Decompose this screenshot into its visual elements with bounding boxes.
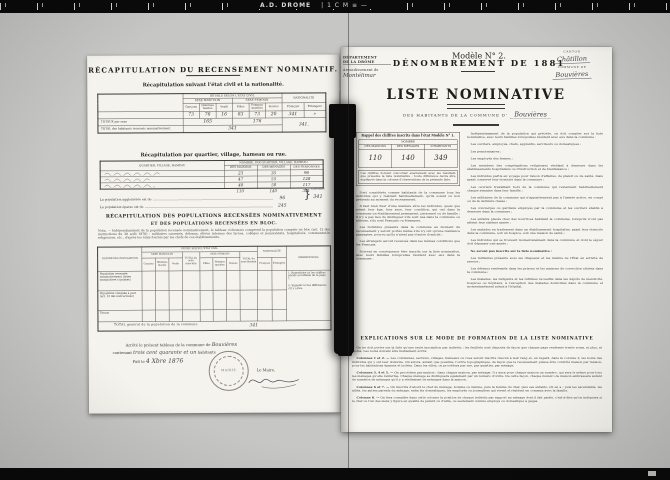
recall-box-title: Rappel des chiffres inscrits dans l'état… [359,134,458,138]
brace-decoration: } [303,188,311,200]
cell-value: 40 [224,182,257,189]
general-total-value: 341 [249,323,258,328]
arrondissement-handwritten: Montélimar [343,72,391,79]
ensemble-label: Ensemble [311,187,325,190]
section3-title-2: ET DES POPULATIONS RECENSÉES EN BLOC. [88,220,340,226]
commune-label: COMMUNE DE [537,66,607,70]
agglomeree-label: La population agglomérée est de [100,198,152,202]
population-in-words: trois cent quarante et un [133,350,196,356]
bottom-bar-notch [648,471,656,476]
menages-value: 140 [392,149,425,168]
ensemble-value: 341 [313,194,323,200]
commune-entry: COMMUNE DE Bouvières [537,66,607,80]
instruction-item: Les enfants placés chez des nourrices ha… [467,217,603,224]
recall-figures-box: Rappel des chiffres inscrits dans l'état… [356,132,460,186]
subtitle-rule [453,124,499,126]
nature-header: NATURE DES POPULATIONS [98,247,142,271]
eparse-label: La population éparse est de [100,206,144,210]
total-nationality: 341. [282,118,326,132]
closing-line-1: Arrêté le présent tableau de la commune … [126,341,325,348]
row-label: Population comptée à part (art. 12 des i… [98,290,142,310]
canton-label: CANTON [537,50,607,54]
explication-paragraph: Colonnes 6 et 7. — On inscrira d'abord l… [352,385,602,392]
col-header: Étrangers [272,257,286,270]
ruler-label: A.D. DROME| 1 C M ≡ — [252,2,376,9]
book-binding-gutter [334,106,354,354]
instruction-paragraph: Les étrangers seront recensés dans les m… [356,240,460,247]
section1-subtitle: Récapitulation suivant l'état civil et l… [87,81,339,88]
total-female-header: TOTAL du sexe féminin [240,251,258,270]
date-handwritten: 4 Xbre 1876 [146,357,183,364]
recap-quartier-table: QUARTIER, VILLAGE, HAMEAU NOMBRE, PAR QU… [100,159,324,189]
instruction-item: Indépendamment de la population qui préc… [467,132,603,139]
fold-crease-line [348,13,349,468]
col-header: Filles [200,258,213,271]
population-eparse-line: La population éparse est de 245 [100,203,290,209]
recall-note: Ces chiffres doivent concorder exactemen… [359,170,458,184]
title-rule [186,75,240,76]
col-header: Hommes mariés [199,103,216,111]
row-label: Totaux [98,310,142,322]
nota-paragraph: Nota. — Indépendamment de la population … [98,228,330,240]
nationality-header: NATIONALITÉ [257,246,286,257]
col-header: Garçons [142,258,155,271]
col-header: Étrangers [304,103,326,111]
observation-note: 1. Reproduire ici les chiffres portés au… [288,272,329,281]
explication-paragraph: On ne doit porter sur la liste qu'une se… [352,346,602,353]
section2-subtitle: Récapitulation par quartier, village, ha… [88,151,340,158]
total-male-header: TOTAL du sexe masculin [182,252,200,271]
instruction-item: Les individus qui se trouvent momentaném… [467,239,603,246]
list-subtitle: DES HABITANTS DE LA COMMUNE D' Bouvières [341,109,612,119]
stub-header [98,94,183,112]
commune-handwritten: Bouvières [510,111,551,119]
dotted-leader [145,204,272,208]
ensemble-total: } Ensemble 341 [303,187,324,200]
general-total-label: TOTAL général de la population de la com… [114,323,198,327]
right-page-liste-nominative: DÉPARTEMENT DE LA DRÔME Arrondissement d… [341,47,612,432]
eparse-value: 245 [275,203,290,208]
recap-etat-civil-table: DÉTAILS SELON L'ÉTAT CIVIL NATIONALITÉ S… [97,92,326,133]
commune-handwritten: Bouvières [212,342,237,348]
instruction-item: Ne seront pas inscrits sur la liste nomi… [467,249,603,253]
instruction-paragraph: Doivent en conséquence être inscrits sur… [356,250,460,261]
stamp-text: MAIRIE [219,369,238,373]
row-label: Population recensée nominativement (list… [98,271,142,291]
scan-bottom-bar [0,468,670,480]
col-header: Veuves [226,257,239,270]
section3-title-1: RÉCAPITULATION DES POPULATIONS RECENSÉES… [88,212,340,219]
mairie-stamp: MAIRIE [209,351,249,391]
col-header: Veuves [265,103,282,111]
col-header: Veufs [169,258,182,271]
col-header: Français [257,257,271,270]
title-flourish-rule [461,71,495,72]
scale-label: | 1 C M ≡ — [321,2,368,9]
grand-total-value: 341 [183,125,282,133]
canton-entry: CANTON Châtillon [537,50,607,64]
archival-scan-viewport: { "ruler": { "archive_label": "A.D. DROM… [0,0,670,480]
cell-value: 50 [257,182,290,189]
agglomeree-value: 96 [275,196,290,201]
observation-note: 2. Signaler ici les différences s'il y a… [288,285,329,291]
commune-handwritten: Bouvières [552,70,591,79]
total-menages: 140 [257,189,290,194]
recall-figures-table: NOMBRE DES MAISONS DES MÉNAGES D'HABITAN… [359,139,458,167]
instruction-item: Les malades en traitement dans un établi… [467,228,603,235]
mayor-signature [247,374,302,389]
population-agglomeree-line: La population agglomérée est de 96 [100,196,290,202]
dotted-leader [153,196,272,200]
instruction-paragraph: Sont considérés comme habitants de la co… [356,191,460,202]
liste-nominative-title: LISTE NOMINATIVE [359,87,593,103]
mayor-label: Le Maire, [257,368,275,373]
total-maisons: 110 [224,189,257,194]
explication-paragraph: Colonnes 1 et 2. — Les communes, section… [352,357,602,368]
col-header: Femmes mariées [213,257,226,270]
instruction-paragraph: Les individus présents dans la commune a… [356,226,460,237]
canton-handwritten: Châtillon [554,55,590,64]
col-header: Hommes mariés [155,258,168,271]
explications-title: EXPLICATIONS SUR LE MODE DE FORMATION DE… [341,336,612,341]
general-total-row: TOTAL général de la population de la com… [98,320,331,330]
col-header: Français [282,103,304,111]
grand-total-label: TOTAL des habitants recensés nominativem… [98,125,183,133]
left-page-recapitulation: RÉCAPITULATION DU RECENSEMENT NOMINATIF.… [87,54,341,413]
instruction-item: Les militaires de la commune qui n'appar… [467,196,603,203]
instruction-item: Les militaires présents sous les drapeau… [467,256,603,263]
instruction-item: Les individus partis en voyage pour rais… [467,175,603,182]
instruction-item: Les employés des fermes ; [467,157,603,161]
maisons-value: 110 [359,149,392,168]
nationality-header: NATIONALITÉ [282,93,326,103]
explication-paragraph: Colonne 8. — On fera connaître dans cett… [352,396,602,403]
archive-label: A.D. DROME [260,2,311,9]
instruction-item: Les malades, les indigents et les infirm… [467,278,603,289]
observations-cell: 1. Reproduire ici les chiffres portés au… [286,270,331,321]
col-header: Veufs [216,103,233,111]
col-header: Femmes mariées [249,103,266,111]
instruction-item: Les pensionnaires ; [467,150,603,154]
handwriting-scribble [100,182,224,189]
populations-table: NATURE DES POPULATIONS DÉTAIL SELON L'ÉT… [97,245,331,331]
scan-ruler-bar: A.D. DROME| 1 C M ≡ — [0,0,670,13]
instruction-item: Les concierges ou gardiens employés par … [467,207,603,214]
left-page-title: RÉCAPITULATION DU RECENSEMENT NOMINATIF. [87,64,339,74]
instruction-item: Les ouvriers, employés, chefs, apprentis… [467,143,603,147]
habitants-value: 349 [424,149,457,168]
instruction-item: Les membres des congrégations religieuse… [467,164,603,171]
instruction-paragraph: Il faut bien fixer d'une manière sûre le… [356,205,460,223]
instruction-item: Les ouvriers travaillant hors de la comm… [467,185,603,192]
instruction-item: Les détenus renfermés dans les prisons e… [467,267,603,274]
col-header: Filles [232,103,249,111]
explication-paragraph: Colonnes 3, 4 et 5. — On procédera par m… [352,371,602,382]
col-header: Garçons [183,103,200,111]
quartier-totals: 110 140 341 [100,189,328,195]
observations-header: OBSERVATIONS [286,246,330,270]
